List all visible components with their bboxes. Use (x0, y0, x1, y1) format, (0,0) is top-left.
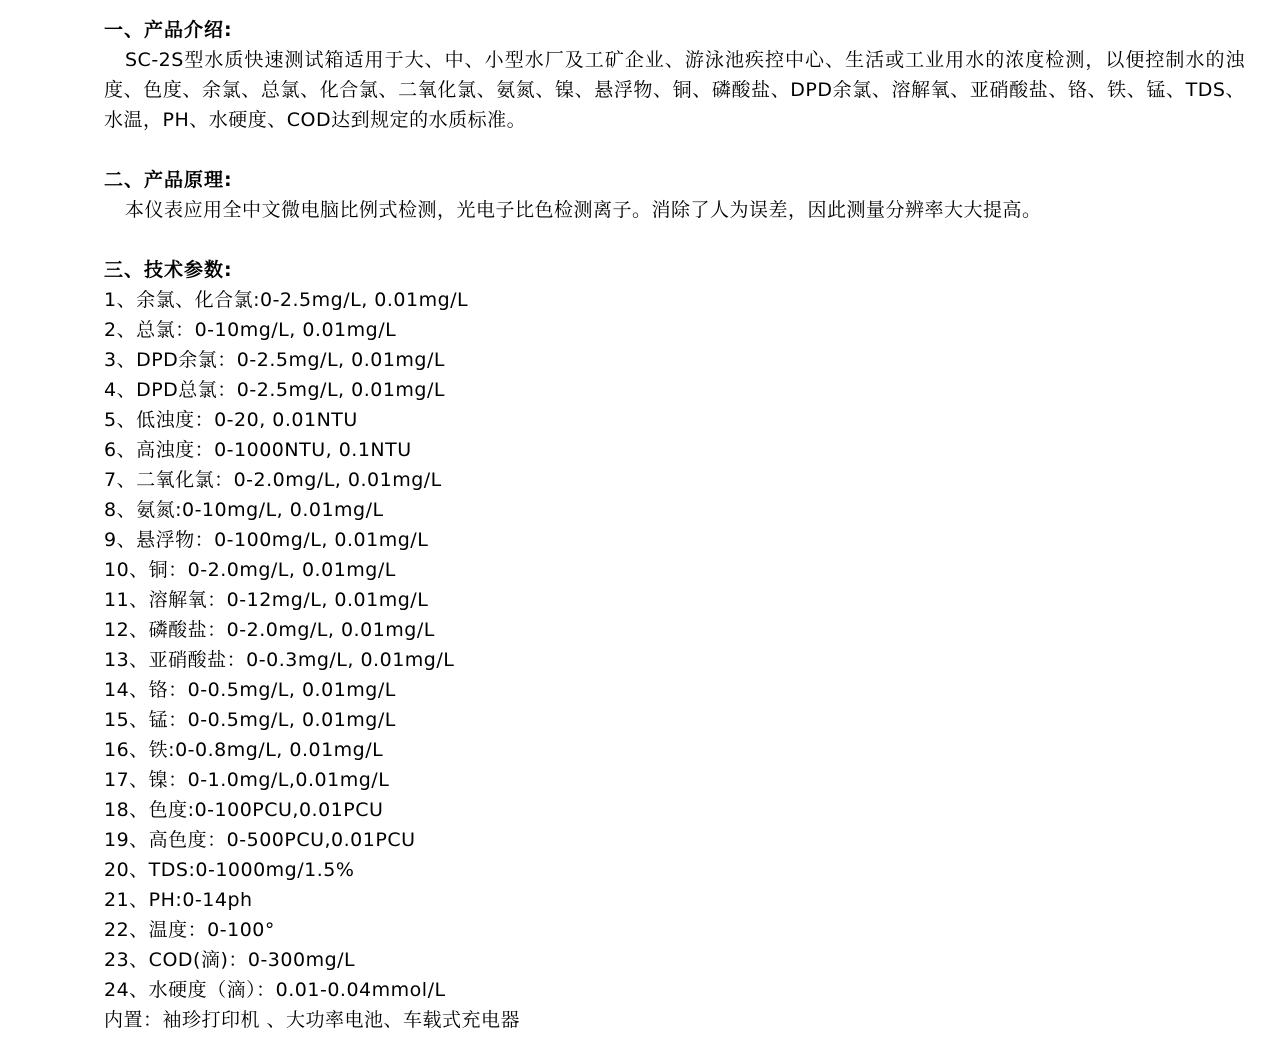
spec-item: 4、DPD总氯：0-2.5mg/L, 0.01mg/L (104, 375, 1245, 405)
spec-item: 21、PH:0-14ph (104, 885, 1245, 915)
spec-item: 1、余氯、化合氯:0-2.5mg/L, 0.01mg/L (104, 285, 1245, 315)
spec-item: 20、TDS:0-1000mg/1.5% (104, 855, 1245, 885)
spec-item: 24、水硬度（滴）：0.01-0.04mmol/L (104, 975, 1245, 1005)
spec-item: 7、二氧化氯：0-2.0mg/L, 0.01mg/L (104, 465, 1245, 495)
product-principle-heading: 二、产品原理: (104, 165, 1245, 195)
spec-item: 14、铬：0-0.5mg/L, 0.01mg/L (104, 675, 1245, 705)
product-principle-paragraph: 本仪表应用全中文微电脑比例式检测，光电子比色检测离子。消除了人为误差，因此测量分… (104, 195, 1245, 225)
spec-item: 16、铁:0-0.8mg/L, 0.01mg/L (104, 735, 1245, 765)
spec-item: 6、高浊度：0-1000NTU, 0.1NTU (104, 435, 1245, 465)
spec-item: 17、镍：0-1.0mg/L,0.01mg/L (104, 765, 1245, 795)
spec-item: 8、氨氮:0-10mg/L, 0.01mg/L (104, 495, 1245, 525)
product-intro-paragraph: SC-2S型水质快速测试箱适用于大、中、小型水厂及工矿企业、游泳池疾控中心、生活… (104, 45, 1245, 135)
product-intro-heading: 一、产品介绍: (104, 15, 1245, 45)
spec-item: 11、溶解氧：0-12mg/L, 0.01mg/L (104, 585, 1245, 615)
section-product-intro: 一、产品介绍: SC-2S型水质快速测试箱适用于大、中、小型水厂及工矿企业、游泳… (104, 15, 1245, 135)
spec-item: 10、铜：0-2.0mg/L, 0.01mg/L (104, 555, 1245, 585)
section-product-principle: 二、产品原理: 本仪表应用全中文微电脑比例式检测，光电子比色检测离子。消除了人为… (104, 165, 1245, 225)
spec-item: 15、锰：0-0.5mg/L, 0.01mg/L (104, 705, 1245, 735)
technical-parameters-heading: 三、技术参数: (104, 255, 1245, 285)
spec-item: 22、温度：0-100° (104, 915, 1245, 945)
spec-item: 18、色度:0-100PCU,0.01PCU (104, 795, 1245, 825)
document-page: 一、产品介绍: SC-2S型水质快速测试箱适用于大、中、小型水厂及工矿企业、游泳… (0, 0, 1270, 1035)
section-technical-parameters: 三、技术参数: 1、余氯、化合氯:0-2.5mg/L, 0.01mg/L 2、总… (104, 255, 1245, 1035)
spec-item: 3、DPD余氯：0-2.5mg/L, 0.01mg/L (104, 345, 1245, 375)
builtin-accessories-line: 内置：袖珍打印机 、大功率电池、车载式充电器 (104, 1005, 1245, 1035)
spec-item: 19、高色度：0-500PCU,0.01PCU (104, 825, 1245, 855)
spec-item: 13、亚硝酸盐：0-0.3mg/L, 0.01mg/L (104, 645, 1245, 675)
spec-item: 5、低浊度：0-20, 0.01NTU (104, 405, 1245, 435)
technical-parameters-list: 1、余氯、化合氯:0-2.5mg/L, 0.01mg/L 2、总氯：0-10mg… (104, 285, 1245, 1005)
spec-item: 9、悬浮物：0-100mg/L, 0.01mg/L (104, 525, 1245, 555)
spec-item: 2、总氯：0-10mg/L, 0.01mg/L (104, 315, 1245, 345)
spec-item: 12、磷酸盐：0-2.0mg/L, 0.01mg/L (104, 615, 1245, 645)
spec-item: 23、COD(滴)：0-300mg/L (104, 945, 1245, 975)
